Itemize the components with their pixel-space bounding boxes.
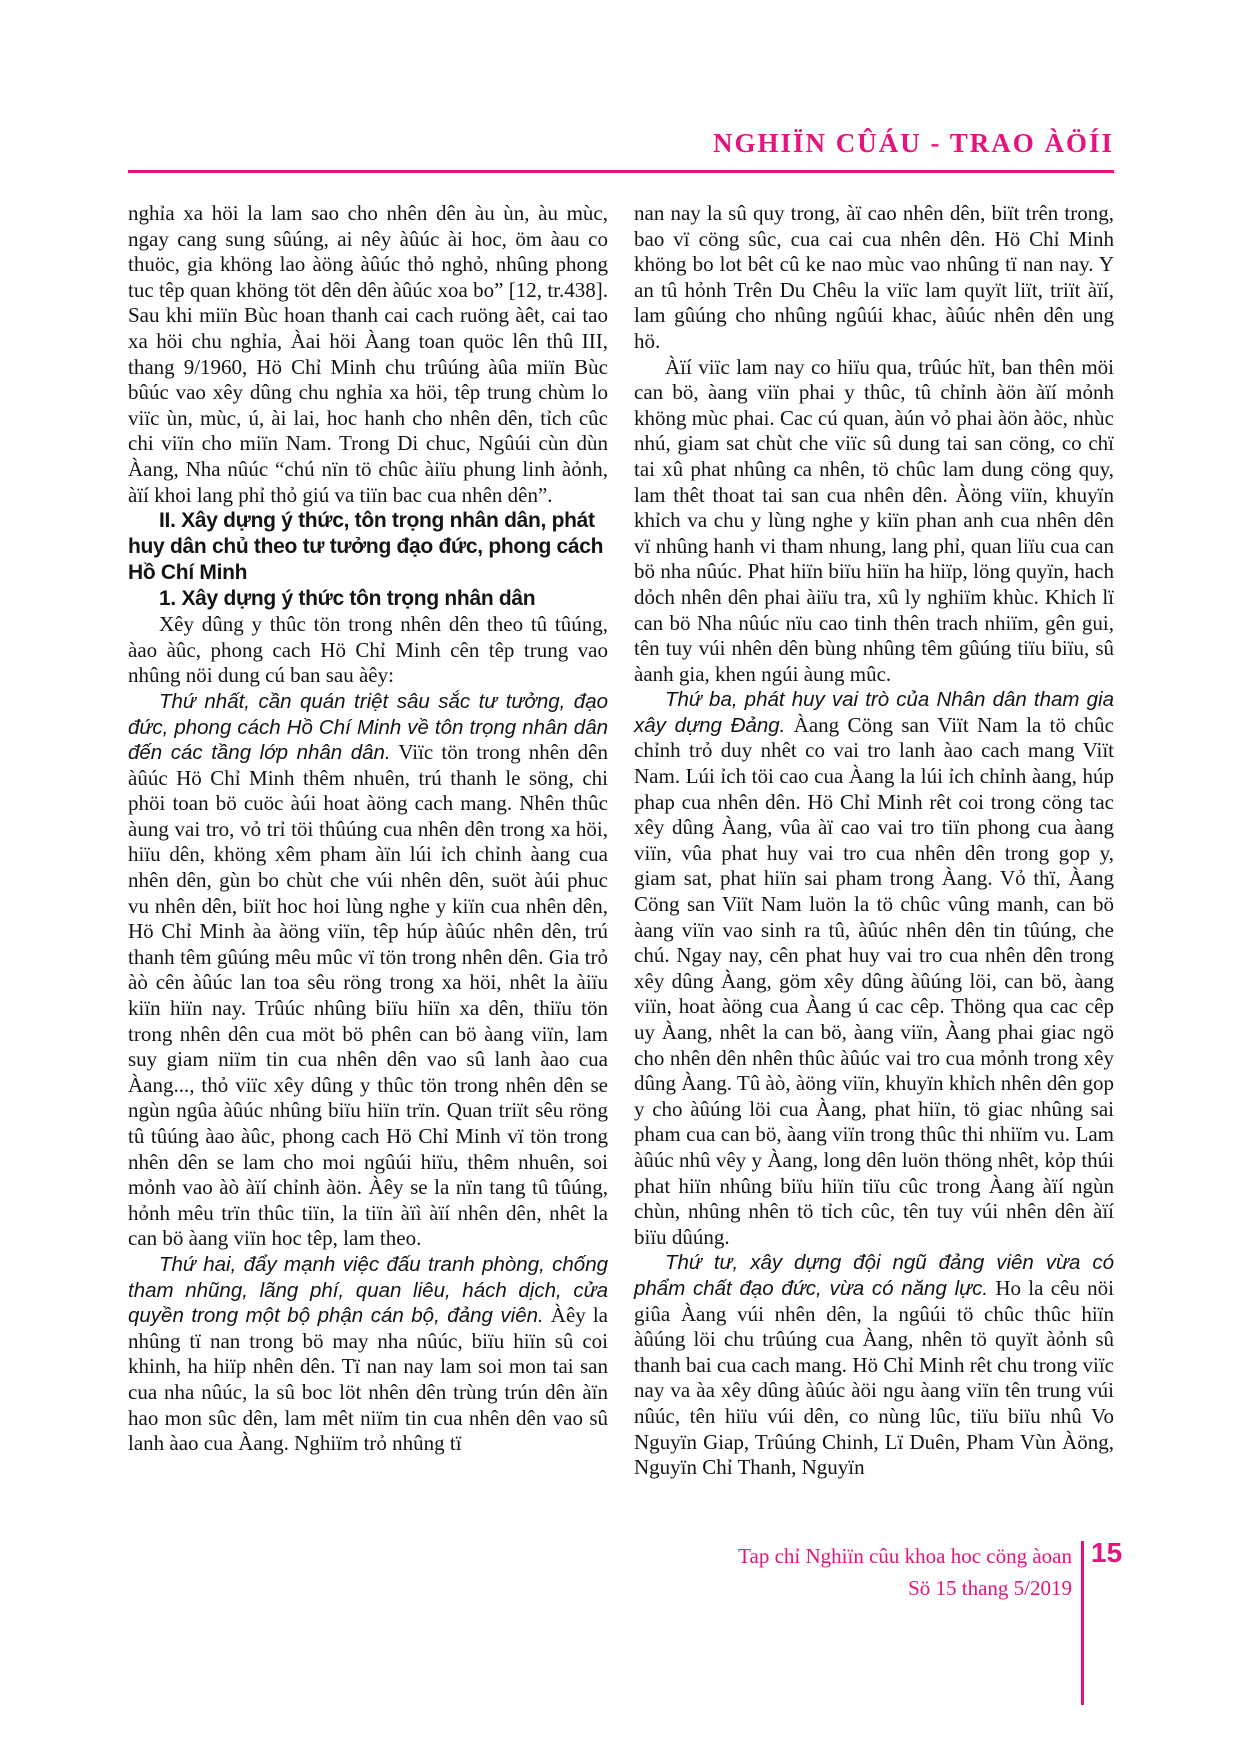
paragraph: Thứ tư, xây dựng đội ngũ đảng viên vừa c…	[634, 1250, 1114, 1480]
paragraph: nan nay la sû quy trong, àï cao nhên dên…	[634, 201, 1114, 355]
journal-page: NGHIÏN CÛÁU - TRAO ÀÖÍI nghỉa xa höi la …	[0, 0, 1240, 1753]
paragraph-text: Xêy dûng y thûc tön trong nhên dên theo …	[128, 612, 608, 687]
footer-journal-line: Tap chỉ Nghiïn cûu khoa hoc cöng àoan	[634, 1540, 1072, 1572]
paragraph-text: nghỉa xa höi la lam sao cho nhên dên àu …	[128, 201, 608, 507]
paragraph: Àïí viïc lam nay co hiïu qua, trûúc hït,…	[634, 355, 1114, 688]
paragraph: nghỉa xa höi la lam sao cho nhên dên àu …	[128, 201, 608, 508]
header-divider	[128, 170, 1114, 173]
paragraph: Thứ nhất, cần quán triệt sâu sắc tư tưởn…	[128, 689, 608, 1252]
section-heading: II. Xây dựng ý thức, tôn trọng nhân dân,…	[128, 508, 608, 586]
subsection-heading: 1. Xây dựng ý thức tôn trọng nhân dân	[128, 586, 608, 612]
paragraph: Thứ ba, phát huy vai trò của Nhân dân th…	[634, 687, 1114, 1250]
paragraph-text: Àang Cöng san Viït Nam la tö chûc chỉnh …	[634, 713, 1114, 1249]
footer-divider	[1081, 1541, 1084, 1705]
footer: Tap chỉ Nghiïn cûu khoa hoc cöng àoan Sö…	[634, 1540, 1072, 1604]
article-body: nghỉa xa höi la lam sao cho nhên dên àu …	[128, 201, 1114, 1481]
page-header-title: NGHIÏN CÛÁU - TRAO ÀÖÍI	[128, 128, 1114, 159]
paragraph: Thứ hai, đẩy mạnh việc đấu tranh phòng, …	[128, 1252, 608, 1457]
page-number: 15	[1091, 1537, 1122, 1569]
column-left: nghỉa xa höi la lam sao cho nhên dên àu …	[128, 201, 608, 1481]
paragraph-text: Viïc tön trong nhên dên àûúc Hö Chỉ Minh…	[128, 740, 608, 1250]
lead-sentence: Thứ hai, đẩy mạnh việc đấu tranh phòng, …	[128, 1253, 608, 1327]
paragraph: Xêy dûng y thûc tön trong nhên dên theo …	[128, 612, 608, 689]
paragraph-text: Àïí viïc lam nay co hiïu qua, trûúc hït,…	[634, 355, 1114, 686]
paragraph-text: Ho la cêu nöi giûa Àang vúi nhên dên, la…	[634, 1276, 1114, 1479]
paragraph-text: nan nay la sû quy trong, àï cao nhên dên…	[634, 201, 1114, 353]
column-right: nan nay la sû quy trong, àï cao nhên dên…	[634, 201, 1114, 1481]
footer-issue-line: Sö 15 thang 5/2019	[634, 1572, 1072, 1604]
